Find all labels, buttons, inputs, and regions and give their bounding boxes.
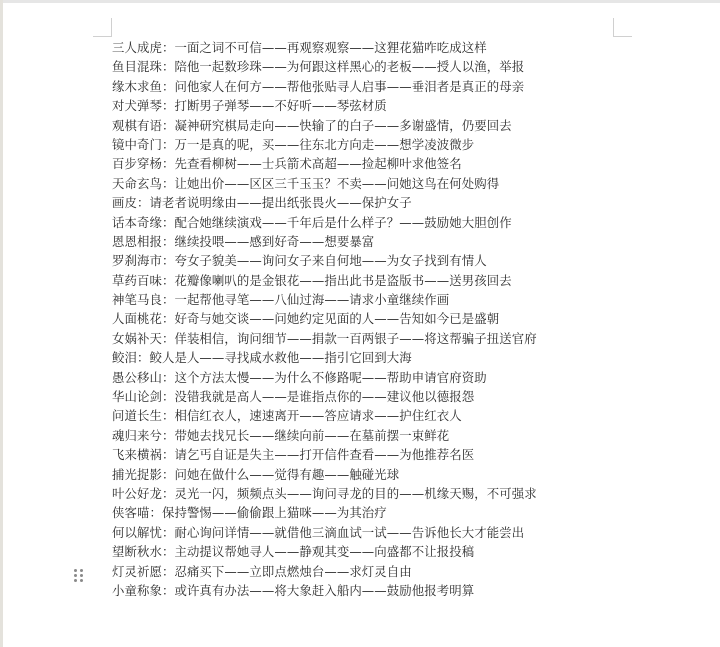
paragraph-line[interactable]: 捕光捉影：问她在做什么——觉得有趣——触碰光球 — [112, 465, 582, 484]
paragraph-line[interactable]: 灯灵祈愿：忍痛买下——立即点燃烛台——求灯灵自由 — [112, 562, 582, 581]
document-viewport: 三人成虎：一面之词不可信——再观察观察——这狸花猫咋吃成这样 鱼目混珠：陪他一起… — [0, 0, 720, 647]
paragraph-line[interactable]: 鱼目混珠：陪他一起数珍珠——为何跟这样黑心的老板——授人以渔，举报 — [112, 57, 582, 76]
drag-dot — [74, 569, 77, 572]
paragraph-line[interactable]: 望断秋水：主动提议帮她寻人——静观其变——向盛都不让报投稿 — [112, 542, 582, 561]
paragraph-line[interactable]: 镜中奇门：万一是真的呢，买——往东北方向走——想学凌波微步 — [112, 135, 582, 154]
paragraph-line[interactable]: 华山论剑：没错我就是高人——是谁指点你的——建议他以德报怨 — [112, 387, 582, 406]
page-margin-corner-top-right — [613, 18, 632, 37]
drag-handle-icon[interactable] — [74, 569, 84, 583]
paragraph-line[interactable]: 魂归来兮：带她去找兄长——继续向前——在墓前摆一束鲜花 — [112, 426, 582, 445]
paragraph-line[interactable]: 问道长生：相信红衣人，速速离开——答应请求——护住红衣人 — [112, 406, 582, 425]
paragraph-line[interactable]: 小童称象：或许真有办法——将大象赶入船内——鼓励他报考明算 — [112, 581, 582, 600]
paragraph-line[interactable]: 愚公移山：这个方法太慢——为什么不修路呢——帮助申请官府资助 — [112, 368, 582, 387]
paragraph-line[interactable]: 百步穿杨：先查看柳树——士兵箭术高超——捡起柳叶求他签名 — [112, 154, 582, 173]
page-margin-corner-top-left — [93, 18, 112, 37]
paragraph-line[interactable]: 三人成虎：一面之词不可信——再观察观察——这狸花猫咋吃成这样 — [112, 38, 582, 57]
paragraph-line[interactable]: 人面桃花：好奇与她交谈——问她约定见面的人——告知如今已是盛朝 — [112, 309, 582, 328]
paragraph-line[interactable]: 侠客喵：保持警惕——偷偷跟上猫咪——为其治疗 — [112, 503, 582, 522]
paragraph-line[interactable]: 女娲补天：佯装相信，询问细节——捐款一百两银子——将这帮骗子扭送官府 — [112, 329, 582, 348]
paragraph-line[interactable]: 观棋有语：凝神研究棋局走向——快输了的白子——多谢盛情，仍要回去 — [112, 116, 582, 135]
top-border — [0, 0, 720, 3]
paragraph-line[interactable]: 天命玄鸟：让她出价——区区三千玉玉？不卖——问她这鸟在何处购得 — [112, 174, 582, 193]
drag-dot — [80, 569, 83, 572]
paragraph-line[interactable]: 叶公好龙：灵光一闪，频频点头——询问寻龙的目的——机缘天赐，不可强求 — [112, 484, 582, 503]
paragraph-line[interactable]: 何以解忧：耐心询问详情——就借他三滴血试一试——告诉他长大才能尝出 — [112, 523, 582, 542]
paragraph-line[interactable]: 画皮：请老者说明缘由——提出纸张畏火——保护女子 — [112, 193, 582, 212]
paragraph-line[interactable]: 鲛泪：鲛人是人——寻找咸水救他——指引它回到大海 — [112, 348, 582, 367]
drag-dot — [74, 574, 77, 577]
paragraph-line[interactable]: 话本奇缘：配合她继续演戏——千年后是什么样子？——鼓励她大胆创作 — [112, 213, 582, 232]
paragraph-line[interactable]: 对犬弹琴：打断男子弹琴——不好听——琴弦材质 — [112, 96, 582, 115]
paragraph-line[interactable]: 神笔马良：一起帮他寻笔——八仙过海——请求小童继续作画 — [112, 290, 582, 309]
paragraph-line[interactable]: 缘木求鱼：问他家人在何方——帮他张贴寻人启事——垂泪者是真正的母亲 — [112, 77, 582, 96]
drag-dot — [74, 579, 77, 582]
drag-dot — [80, 574, 83, 577]
drag-dot — [80, 579, 83, 582]
paragraph-line[interactable]: 草药百味：花瓣像喇叭的是金银花——指出此书是盗版书——送男孩回去 — [112, 271, 582, 290]
left-border — [0, 0, 3, 647]
paragraph-line[interactable]: 罗刹海市：夸女子貌美——询问女子来自何地——为女子找到有情人 — [112, 251, 582, 270]
paragraph-line[interactable]: 飞来横祸：请乞丐自证是失主——打开信件查看——为他推荐名医 — [112, 445, 582, 464]
document-body[interactable]: 三人成虎：一面之词不可信——再观察观察——这狸花猫咋吃成这样 鱼目混珠：陪他一起… — [112, 38, 582, 600]
paragraph-line[interactable]: 恩恩相报：继续投喂——感到好奇——想要暴富 — [112, 232, 582, 251]
